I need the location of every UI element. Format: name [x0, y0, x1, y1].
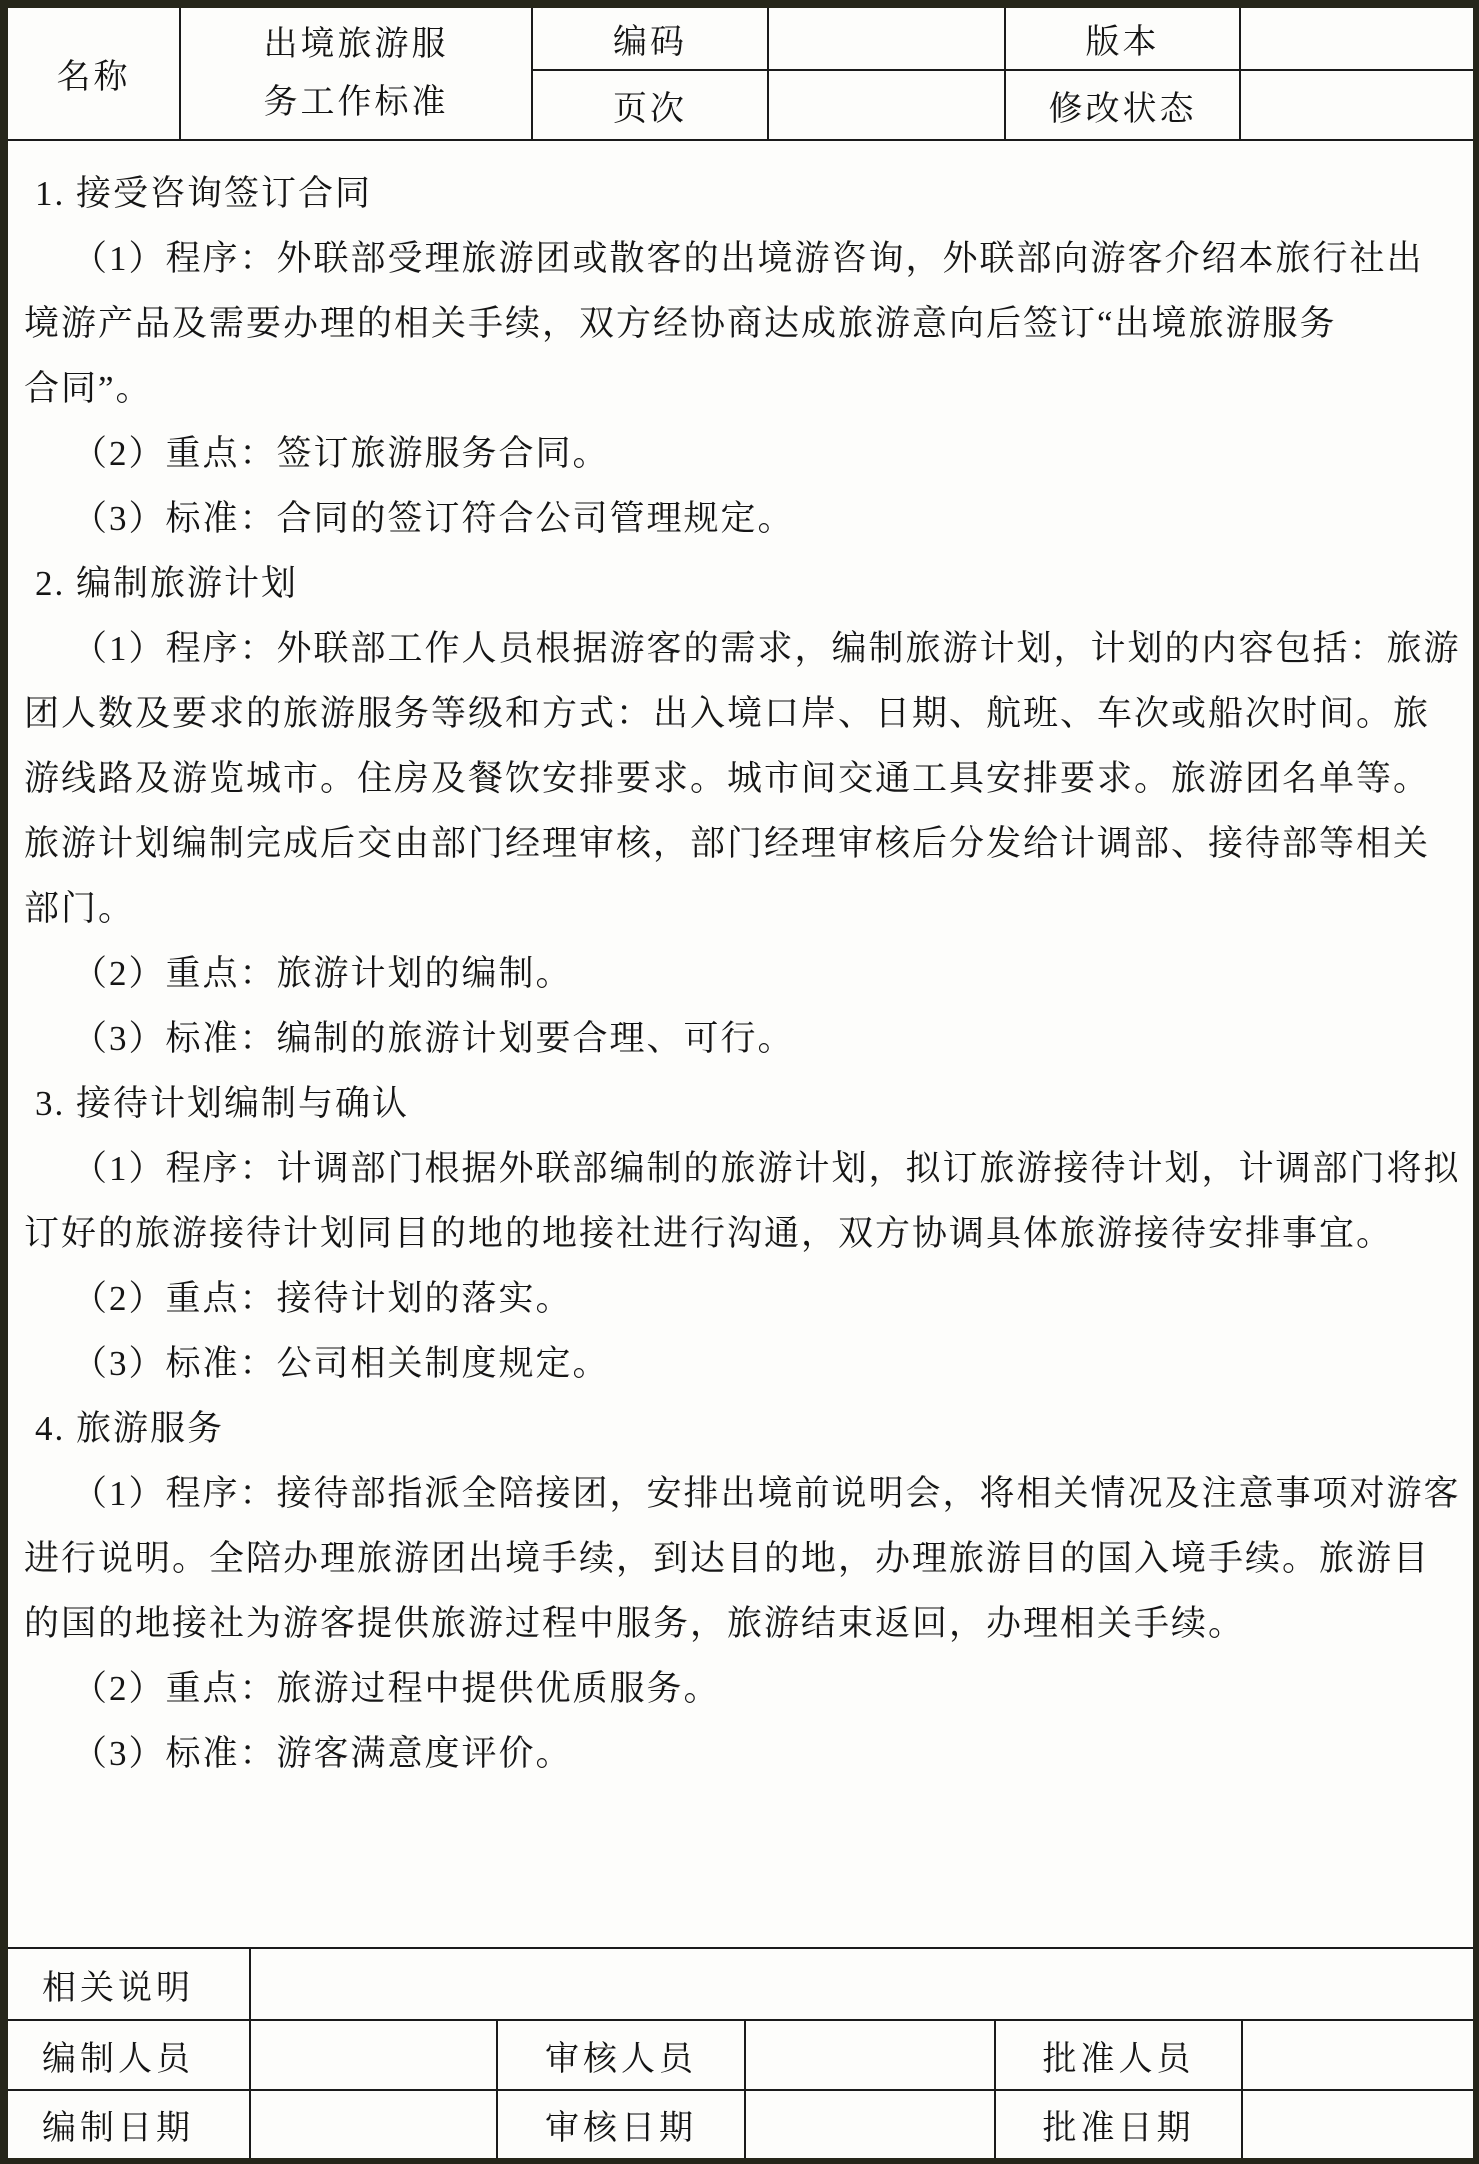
- content-line: 订好的旅游接待计划同目的地的地接社进行沟通，双方协调具体旅游接待安排事宜。: [10, 1201, 1470, 1266]
- doc-title-cell: 出境旅游服 务工作标准: [181, 8, 531, 139]
- version-label: 版本: [1086, 14, 1160, 63]
- content-line: （3）标准：合同的签订符合公司管理规定。: [10, 486, 1470, 551]
- approved-date-value-cell: [1243, 2091, 1473, 2158]
- approved-by-label: 批准人员: [1043, 2031, 1195, 2080]
- reviewed-date-label-cell: 审核日期: [498, 2091, 744, 2158]
- reviewed-by-value-cell: [746, 2021, 994, 2089]
- doc-title: 出境旅游服 务工作标准: [264, 16, 449, 132]
- code-label-cell: 编码: [533, 8, 767, 69]
- content-line: （1）程序：外联部受理旅游团或散客的出境游咨询，外联部向游客介绍本旅行社出: [10, 226, 1470, 291]
- content-line: （2）重点：旅游计划的编制。: [10, 941, 1470, 1006]
- content-line: （3）标准：游客满意度评价。: [10, 1721, 1470, 1786]
- content-line: 旅游计划编制完成后交由部门经理审核，部门经理审核后分发给计调部、接待部等相关: [10, 811, 1470, 876]
- notes-label-cell: 相关说明: [8, 1949, 283, 2019]
- content-line: 部门。: [10, 876, 1470, 941]
- approved-by-label-cell: 批准人员: [996, 2021, 1241, 2089]
- approved-by-value-cell: [1243, 2021, 1473, 2089]
- revision-value-cell: [1241, 71, 1473, 139]
- version-value-cell: [1241, 8, 1473, 69]
- name-label-cell: 名称: [8, 8, 179, 139]
- content-line: 游线路及游览城市。住房及餐饮安排要求。城市间交通工具安排要求。旅游团名单等。: [10, 746, 1470, 811]
- content-area: 1. 接受咨询签订合同 （1）程序：外联部受理旅游团或散客的出境游咨询，外联部向…: [10, 141, 1470, 1961]
- content-line: 1. 接受咨询签订合同: [10, 161, 1470, 226]
- doc-title-line1: 出境旅游服: [264, 16, 449, 74]
- content-line: 团人数及要求的旅游服务等级和方式：出入境口岸、日期、航班、车次或船次时间。旅: [10, 681, 1470, 746]
- page-label-cell: 页次: [533, 71, 767, 139]
- notes-value-cell: [251, 1949, 1473, 2019]
- content-line: （2）重点：接待计划的落实。: [10, 1266, 1470, 1331]
- code-value-cell: [769, 8, 1004, 69]
- revision-label: 修改状态: [1049, 81, 1197, 130]
- content-line: （2）重点：签订旅游服务合同。: [10, 421, 1470, 486]
- content-line: （3）标准：编制的旅游计划要合理、可行。: [10, 1006, 1470, 1071]
- prepared-by-value-cell: [251, 2021, 496, 2089]
- content-line: 3. 接待计划编制与确认: [10, 1071, 1470, 1136]
- reviewed-date-label: 审核日期: [545, 2100, 697, 2149]
- content-line: 4. 旅游服务: [10, 1396, 1470, 1461]
- notes-label: 相关说明: [42, 1960, 194, 2009]
- prepared-by-label: 编制人员: [42, 2031, 194, 2080]
- name-label: 名称: [57, 49, 131, 98]
- content-line: 进行说明。全陪办理旅游团出境手续，到达目的地，办理旅游目的国入境手续。旅游目: [10, 1526, 1470, 1591]
- prepared-date-value-cell: [251, 2091, 496, 2158]
- reviewed-by-label-cell: 审核人员: [498, 2021, 744, 2089]
- prepared-date-label: 编制日期: [42, 2100, 194, 2149]
- version-label-cell: 版本: [1006, 8, 1239, 69]
- content-line: （1）程序：计调部门根据外联部编制的旅游计划，拟订旅游接待计划，计调部门将拟: [10, 1136, 1470, 1201]
- revision-label-cell: 修改状态: [1006, 71, 1239, 139]
- content-line: （2）重点：旅游过程中提供优质服务。: [10, 1656, 1470, 1721]
- reviewed-by-label: 审核人员: [545, 2031, 697, 2080]
- content-line: 合同”。: [10, 356, 1470, 421]
- page-value-cell: [769, 71, 1004, 139]
- approved-date-label: 批准日期: [1043, 2100, 1195, 2149]
- page-label: 页次: [613, 81, 687, 130]
- content-line: （3）标准：公司相关制度规定。: [10, 1331, 1470, 1396]
- content-line: 的国的地接社为游客提供旅游过程中服务，旅游结束返回，办理相关手续。: [10, 1591, 1470, 1656]
- content-line: 境游产品及需要办理的相关手续，双方经协商达成旅游意向后签订“出境旅游服务: [10, 291, 1470, 356]
- content-line: （1）程序：外联部工作人员根据游客的需求，编制旅游计划，计划的内容包括：旅游: [10, 616, 1470, 681]
- prepared-date-label-cell: 编制日期: [8, 2091, 283, 2158]
- approved-date-label-cell: 批准日期: [996, 2091, 1241, 2158]
- content-line: 2. 编制旅游计划: [10, 551, 1470, 616]
- prepared-by-label-cell: 编制人员: [8, 2021, 283, 2089]
- content-line: （1）程序：接待部指派全陪接团，安排出境前说明会，将相关情况及注意事项对游客: [10, 1461, 1470, 1526]
- reviewed-date-value-cell: [746, 2091, 994, 2158]
- code-label: 编码: [613, 14, 687, 63]
- doc-title-line2: 务工作标准: [264, 74, 449, 132]
